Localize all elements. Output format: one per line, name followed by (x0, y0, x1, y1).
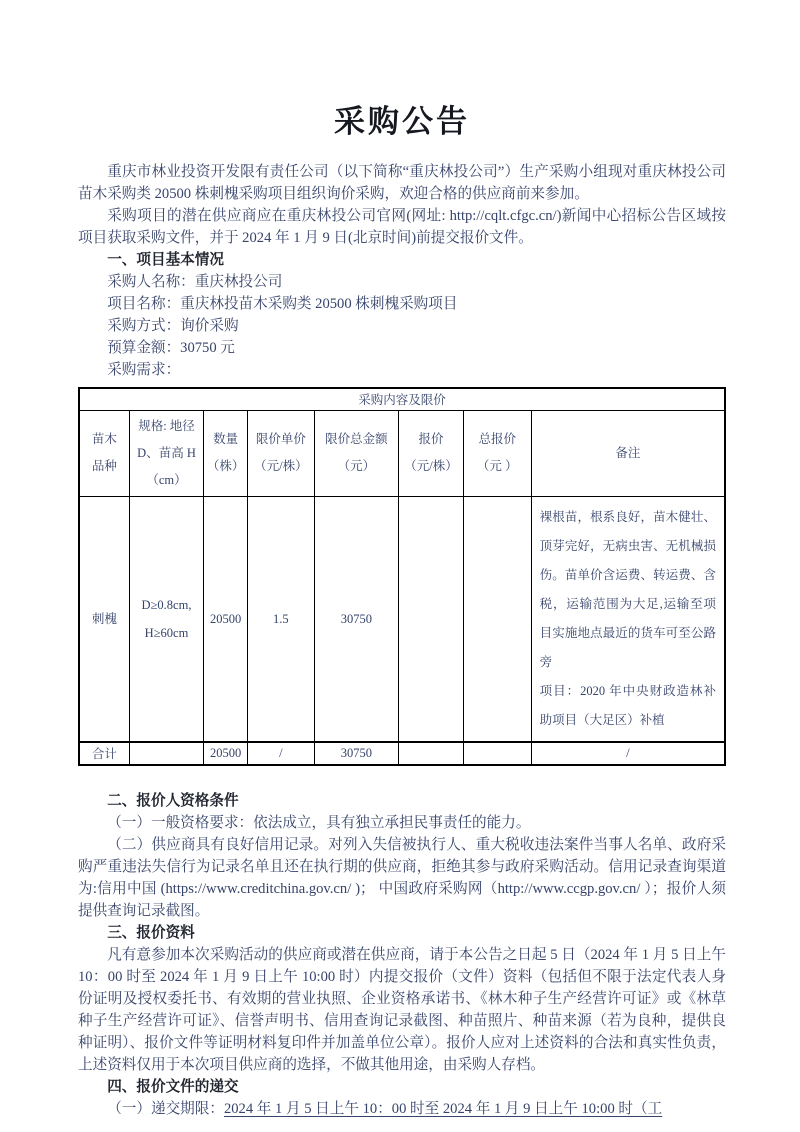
section3-heading: 三、报价资料 (78, 922, 726, 944)
header-unit-limit: 限价单价 （元/株） (248, 410, 315, 496)
section2-heading: 二、报价人资格条件 (78, 790, 726, 812)
section2-item2: （二）供应商具有良好信用记录。对列入失信被执行人、重大税收违法案件当事人名单、政… (78, 834, 726, 922)
header-total-limit: 限价总金额 （元） (314, 410, 399, 496)
buyer-name-line: 采购人名称：重庆林投公司 (78, 271, 726, 293)
spacer (78, 766, 726, 790)
header-quote: 报价 （元/株） (399, 410, 464, 496)
total-total-quote (463, 742, 531, 765)
header-spec: 规格: 地径 D、苗高 H （cm） (129, 410, 203, 496)
total-quote (399, 742, 464, 765)
cell-total-quote (463, 496, 531, 742)
table-caption: 采购内容及限价 (79, 388, 725, 410)
purchase-method-line: 采购方式：询价采购 (78, 315, 726, 337)
total-remark: / (531, 742, 725, 765)
header-qty: 数量 （株） (204, 410, 248, 496)
cell-species: 刺槐 (79, 496, 129, 742)
purchase-content-table: 采购内容及限价 苗木 品种 规格: 地径 D、苗高 H （cm） 数量 （株） … (78, 387, 726, 766)
document-page: 采购公告 重庆市林业投资开发限有责任公司（以下简称“重庆林投公司”）生产采购小组… (0, 0, 800, 1132)
cell-quote (399, 496, 464, 742)
total-spec (129, 742, 203, 765)
intro-paragraph-2: 采购项目的潜在供应商应在重庆林投公司官网(网址: http://cqlt.cfg… (78, 205, 726, 249)
section2-item1: （一）一般资格要求：依法成立，具有独立承担民事责任的能力。 (78, 812, 726, 834)
table-row: 刺槐 D≥0.8cm, H≥60cm 20500 1.5 30750 裸根苗，根… (79, 496, 725, 742)
header-remark: 备注 (531, 410, 725, 496)
total-qty: 20500 (204, 742, 248, 765)
cell-unit-limit: 1.5 (248, 496, 315, 742)
section1-heading: 一、项目基本情况 (78, 249, 726, 271)
table-header-row: 苗木 品种 规格: 地径 D、苗高 H （cm） 数量 （株） 限价单价 （元/… (79, 410, 725, 496)
cell-total-limit: 30750 (314, 496, 399, 742)
demand-line: 采购需求： (78, 359, 726, 381)
deadline-label: （一）递交期限： (107, 1101, 224, 1117)
header-species: 苗木 品种 (79, 410, 129, 496)
cell-qty: 20500 (204, 496, 248, 742)
total-total-limit: 30750 (314, 742, 399, 765)
section4-heading: 四、报价文件的递交 (78, 1076, 726, 1098)
total-label: 合计 (79, 742, 129, 765)
project-name-line: 项目名称：重庆林投苗木采购类 20500 株刺槐采购项目 (78, 293, 726, 315)
cell-spec: D≥0.8cm, H≥60cm (129, 496, 203, 742)
page-title: 采购公告 (78, 96, 726, 141)
table-total-row: 合计 20500 / 30750 / (79, 742, 725, 765)
deadline-daterange: 2024 年 1 月 5 日上午 10：00 时至 2024 年 1 月 9 日… (224, 1101, 662, 1117)
section4-item1: （一）递交期限：2024 年 1 月 5 日上午 10：00 时至 2024 年… (78, 1098, 726, 1120)
intro-paragraph-1: 重庆市林业投资开发限有责任公司（以下简称“重庆林投公司”）生产采购小组现对重庆林… (78, 161, 726, 205)
budget-line: 预算金额：30750 元 (78, 337, 726, 359)
cell-remark: 裸根苗，根系良好，苗木健壮、顶芽完好，无病虫害、无机械损伤。苗单价含运费、转运费… (531, 496, 725, 742)
table-caption-row: 采购内容及限价 (79, 388, 725, 410)
section3-paragraph: 凡有意参加本次采购活动的供应商或潜在供应商，请于本公告之日起 5 日（2024 … (78, 944, 726, 1076)
total-unit-limit: / (248, 742, 315, 765)
header-total-quote: 总报价 （元 ） (463, 410, 531, 496)
